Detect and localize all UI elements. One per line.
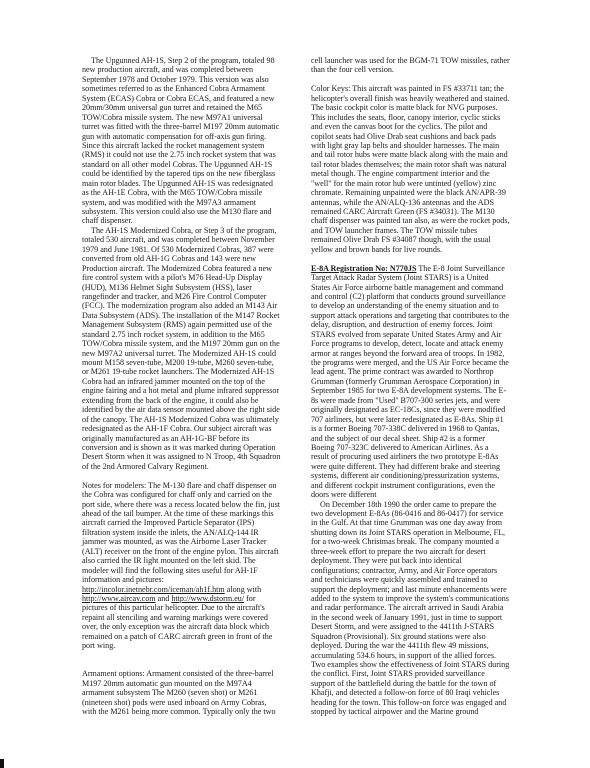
link-joiner: and [156,594,172,603]
paragraph-gap [82,471,310,480]
text-line: chaff dispenser. [82,216,310,225]
text-line: "well" for the main rotor hub were untin… [311,179,537,188]
text-line: converted from old AH-1G Cobras and 143 … [82,254,310,263]
text-line: systems, different air conditioning/pres… [311,471,537,480]
text-line: Since this aircraft lacked the rocket ma… [82,141,310,150]
paragraph-continued-launcher: cell launcher was used for the BGM-71 TO… [311,56,537,75]
text-line: subsystem. This version could also use t… [82,207,310,216]
text-line: extending from the back of the engine, i… [82,396,310,405]
paragraph-upgunned-ah1s: The Upgunned AH-1S, Step 2 of the progra… [82,56,310,226]
text-line: and control (C2) platform that conducts … [311,292,537,301]
text-line: were quite different. They had different… [311,462,537,471]
text-line: chaff dispenser was painted tan also, as… [311,216,537,225]
text-line: and radar performance. The aircraft arri… [311,603,537,612]
text-line: also carried the IR light mounted on the… [82,556,310,565]
text-line: three-week effort to prepare the two air… [311,547,537,556]
text-line: armor at ranges beyond the forward area … [311,349,537,358]
text-line: engine fairing and a hot metal and plume… [82,386,310,395]
text-line: Color Keys: This aircraft was painted in… [311,84,537,93]
text-line: in the second week of January 1991, just… [311,613,537,622]
paragraph-gap [311,254,537,263]
text-line: cell launcher was used for the BGM-71 TO… [311,56,537,65]
paragraph-gap [311,75,537,84]
text-line: repaint all stenciling and warning marki… [82,613,310,622]
text-line: the programs were merged, and the US Air… [311,358,537,367]
text-line: Boeing 707-323C delivered to American Ai… [311,443,537,452]
text-line: yellow and brown bands for live rounds. [311,245,537,254]
left-column: The Upgunned AH-1S, Step 2 of the progra… [82,56,310,717]
text-line: jammer was mounted, as was the Airborne … [82,537,310,546]
text-line: armament subsystem The M260 (seven shot)… [82,688,310,697]
text-line: antennas, while the AN/ALQ-136 antennas … [311,198,537,207]
text-line: and technicians were quickly assembled a… [311,575,537,584]
text-line: with the M261 being more common. Typical… [82,707,310,716]
text-line: remained Olive Drab FS #34087 though, wi… [311,235,537,244]
text-line: support of the battlefield during the ba… [311,679,537,688]
text-line: information and pictures: [82,575,310,584]
text-line: and TOW launcher frames. The TOW missile… [311,226,537,235]
text-line: STARS evolved from separate United State… [311,330,537,339]
text-line: Target Attack Radar System (Joint STARS)… [311,273,537,282]
text-line: standard on all other model Cobras. The … [82,160,310,169]
text-line: Notes for modelers: The M-130 flare and … [82,481,310,490]
text-line: system, and was modified with the M97A3 … [82,198,310,207]
text-line: of the 2nd Armored Calvary Regiment. [82,462,310,471]
text-line: originally manufactured as an AH-1G-BF b… [82,434,310,443]
paragraph-armament-options: Armament options: Armament consisted of … [82,669,310,716]
text-line: Cobra had an infrared jammer mounted on … [82,377,310,386]
e8a-heading-line: E-8A Registration No: N770JS The E-8 Joi… [311,264,537,273]
text-line: totaled 530 aircraft, and was completed … [82,235,310,244]
text-line: stopped by tactical airpower and the Mar… [311,707,537,716]
text-line: in the Gulf. At that time Grumman was on… [311,518,537,527]
paragraph-notes-continued: pictures of this particular helicopter. … [82,603,310,650]
text-line: originally designated as EC-18Cs, since … [311,405,537,414]
text-line: 8s were made from "Used" B707-300 series… [311,396,537,405]
scan-corner-mark [0,759,4,768]
text-line: heading for the town. This follow-on for… [311,698,537,707]
text-line: M197 20mm automatic gun mounted on the M… [82,679,310,688]
link-line-2: http://www.aircav.com and http://www.dst… [82,594,310,603]
text-line: Management Subsystem (RMS) again permitt… [82,320,310,329]
text-line: helicopter's overall finish was heavily … [311,94,537,103]
text-line: (FCC). The modernization program also ad… [82,301,310,310]
paragraph-notes-for-modelers: Notes for modelers: The M-130 flare and … [82,481,310,585]
text-line: Production aircraft. The Modernized Cobr… [82,264,310,273]
paragraph-modernized-cobra: The AH-1S Modernized Cobra, or Step 3 of… [82,226,310,471]
text-line: of the canopy. The AH-1S Modernized Cobr… [82,415,310,424]
text-line: redesignated as the AH-1F Cobra. Our sub… [82,424,310,433]
text-line: The AH-1S Modernized Cobra, or Step 3 of… [82,226,310,235]
e8a-intro-text: The E-8 Joint Surveillance [416,264,504,273]
text-line: This includes the seats, floor, canopy i… [311,113,537,122]
text-line: conversion and is shown as it was marked… [82,443,310,452]
text-line: Data Subsystem (ADS). The installation o… [82,311,310,320]
text-line: On December 18th 1990 the order came to … [311,500,537,509]
text-line: rangefinder and tracker, and M26 Fire Co… [82,292,310,301]
text-line: Armament options: Armament consisted of … [82,669,310,678]
text-line: for a two-week Christmas break. The comp… [311,537,537,546]
paragraph-e8a-description: Target Attack Radar System (Joint STARS)… [311,273,537,500]
text-line: added to the system to improve the syste… [311,594,537,603]
text-line: port side, where there was a recess loca… [82,500,310,509]
text-line: support attack operations and targeting … [311,311,537,320]
paragraph-color-keys: Color Keys: This aircraft was painted in… [311,84,537,254]
text-line: System (ECAS) Cobra or Cobra ECAS, and f… [82,94,310,103]
text-line: September 1985 for two E-8A development … [311,386,537,395]
text-line: the conflict. First, Joint STARS provide… [311,669,537,678]
section-heading-e8a: E-8A Registration No: N770JS [311,264,416,273]
link-dstorm[interactable]: http://www.dstorm.eu/ [171,594,244,603]
text-line: as the AH-1E Cobra, with the M65 TOW/Cob… [82,188,310,197]
text-line: gun with automatic compensation for off-… [82,132,310,141]
text-line: remained on a patch of CARC aircraft gre… [82,632,310,641]
link-aircav[interactable]: http://www.aircav.com [82,594,156,603]
text-line: and the subject of our decal sheet. Ship… [311,434,537,443]
text-line: modeler will find the following sites us… [82,566,310,575]
text-line: (RMS) it could not use the 2.75 inch roc… [82,150,310,159]
text-line: Grumman (formerly Grumman Aerospace Corp… [311,377,537,386]
text-line: Two examples show the effectiveness of J… [311,660,537,669]
paragraph-gap [82,660,310,669]
text-line: result of procuring used airliners the t… [311,452,537,461]
text-line: Squadron (Provisional). Six ground stati… [311,632,537,641]
text-line: deployed. During the war the 4411th flew… [311,641,537,650]
text-line: September 1978 and October 1979. This ve… [82,75,310,84]
text-line: 1979 and June 1981. Of 530 Modernized Co… [82,245,310,254]
text-line: (ALT) receiver on the front of the engin… [82,547,310,556]
text-line: ahead of the tail bumper. At the time of… [82,509,310,518]
text-line: The basic cockpit color is matte black f… [311,103,537,112]
text-line: lead agent. The prime contract was award… [311,367,537,376]
text-line: and different cockpit instrument configu… [311,481,537,490]
text-line: (HUD), M136 Helmet Sight Subsystem (HSS)… [82,283,310,292]
text-line: to develop an understanding of the enemy… [311,301,537,310]
text-line: fire control system with a pilot's M76 H… [82,273,310,282]
text-line: turret was fitted with the three-barrel … [82,122,310,131]
text-line: configurations; contractor, Army, and Ai… [311,566,537,575]
text-line: new M97A2 universal turret. The Moderniz… [82,349,310,358]
text-line: chromate. Remaining unpainted were the b… [311,188,537,197]
text-line: with light gray lap belts and shoulder h… [311,141,537,150]
text-line: Desert Storm when it was assigned to N T… [82,452,310,461]
text-line: standard 2.75 inch rocket system, in add… [82,330,310,339]
text-line: and even the canvas boot for the cyclics… [311,122,537,131]
text-line: two development E-8As (86-0416 and 86-04… [311,509,537,518]
text-line: metal though. The engine compartment int… [311,169,537,178]
text-line: TOW/Cobra missile system. The new M97A1 … [82,113,310,122]
text-line: over, the only exception was the aircraf… [82,622,310,631]
right-column: cell launcher was used for the BGM-71 TO… [311,56,537,717]
text-line: the Cobra was configured for chaff only … [82,490,310,499]
text-line: is a former Boeing 707-338C delivered in… [311,424,537,433]
text-line: new production aircraft, and was complet… [82,65,310,74]
text-line: Force programs to develop, detect, locat… [311,339,537,348]
link-1-suffix: along with [225,585,261,594]
text-line: or M261 19-tube rocket launchers. The Mo… [82,367,310,376]
text-line: 707 airliners, but were later redesignat… [311,415,537,424]
text-line: shutting down its Joint STARS operation … [311,528,537,537]
link-3-suffix: for [244,594,255,603]
text-line: States Air Force airborne battle managem… [311,283,537,292]
link-line-1: http://incolor.inetnebr.com/iceman/ah1f.… [82,585,310,594]
text-line: filtration system inside the inlets, the… [82,528,310,537]
text-line: than the four cell version. [311,65,537,74]
text-line: main rotor blades. The Upgunned AH-1S wa… [82,179,310,188]
text-line: deployment. They were put back into iden… [311,556,537,565]
text-line: copilot seats had Olive Drab seat cushio… [311,132,537,141]
text-line: doors were different [311,490,537,499]
text-line: tail rotor blades themselves; the main r… [311,160,537,169]
text-line: identified by the air data sensor mounte… [82,405,310,414]
text-line: accumulating 534.6 hours, in support of … [311,651,537,660]
link-incolor-ah1f[interactable]: http://incolor.inetnebr.com/iceman/ah1f.… [82,585,225,594]
paragraph-december-1990: On December 18th 1990 the order came to … [311,500,537,717]
text-line: aircraft carried the Improved Particle S… [82,518,310,527]
text-line: Khafji, and detected a follow-on force o… [311,688,537,697]
text-line: and tail rotor hubs were matte black alo… [311,150,537,159]
text-line: Desert Storm, and were assigned to the 4… [311,622,537,631]
text-line: delay, disruption, and destruction of en… [311,320,537,329]
paragraph-gap [82,651,310,660]
text-line: support the deployment; and last minute … [311,585,537,594]
text-line: could be identified by the tapered tips … [82,169,310,178]
text-line: remained CARC Aircraft Green (FS #34031)… [311,207,537,216]
document-page: The Upgunned AH-1S, Step 2 of the progra… [0,0,590,768]
text-line: pictures of this particular helicopter. … [82,603,310,612]
text-line: TOW/Cobra missile system, and the M197 2… [82,339,310,348]
text-line: mount M158 seven-tube, M200 19-tube, M26… [82,358,310,367]
text-line: sometimes referred to as the Enhanced Co… [82,84,310,93]
text-line: port wing. [82,641,310,650]
text-line: The Upgunned AH-1S, Step 2 of the progra… [82,56,310,65]
text-line: (nineteen shot) pods were used inboard o… [82,698,310,707]
text-line: 20mm/30mm universal gun turret and retai… [82,103,310,112]
